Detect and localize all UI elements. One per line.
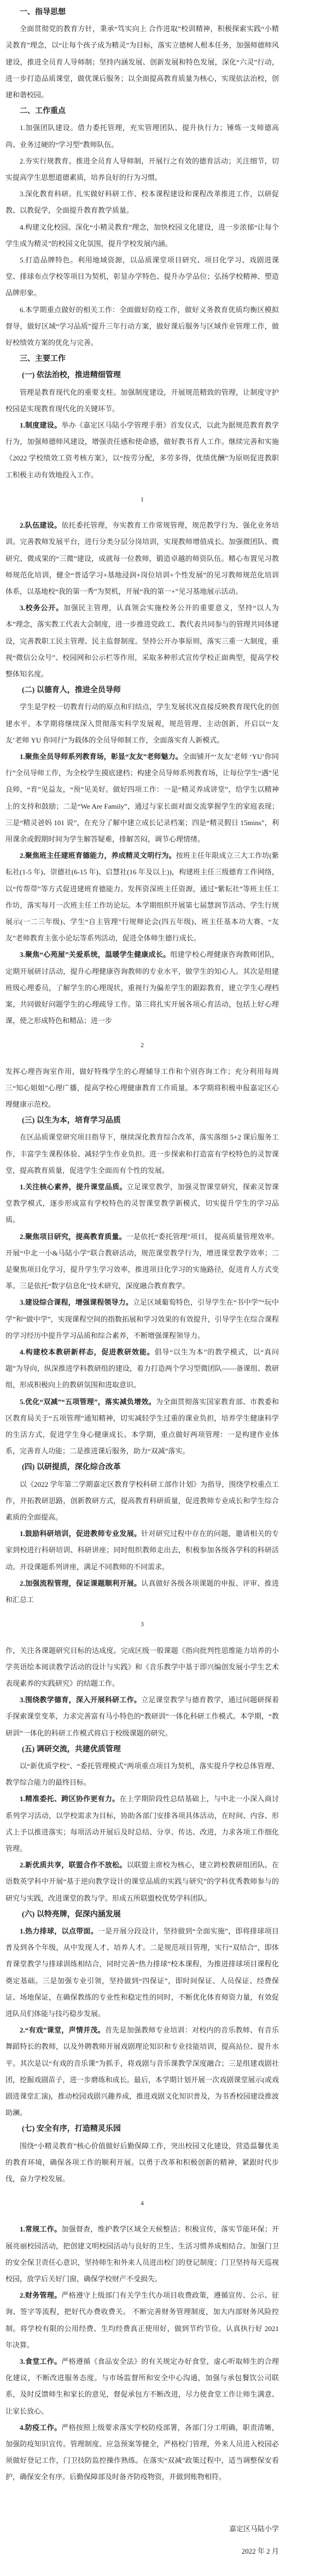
paragraph-lead: 4.构建校本教研新样态，促进教研效能。 — [20, 1348, 155, 1356]
paragraph-text: 一是开展分段设计，坚持做到“全面实施”，即将排球项目普及到各个年级，从中发现人才… — [5, 1927, 279, 2018]
paragraph: 4.构建校本教研新样态，促进教研效能。倡导“以生为本”的教学模式，以“真问题”为… — [5, 1344, 279, 1394]
paragraph-text: 严格遵循《食品安全法》的有关规定办好食堂，虚心听取师生的合理化建议，不断改进服务… — [5, 2357, 279, 2415]
paragraph: 5.优化“双减”“五项管理”，落实减负增效。为全面贯彻落实国家教育部、市教委和区… — [5, 1394, 279, 1460]
paragraph-text: 全面铺开“‘友友’老师 ‘YU’你同行”全员导师工作，为全校学生摸底建档；构建全… — [5, 752, 279, 843]
paragraph: 在区品质课堂研究项目指导下，继续深化教育综合改革，落实落细 5+2 课后服务工作… — [5, 1129, 279, 1179]
paragraph: 2.“有戏”课堂，声情并茂。首先是加强教师专业培训：对校内的音乐教师、有音乐舞蹈… — [5, 2022, 279, 2121]
subsection-heading: (七) 安全有序，打造精灵乐园 — [5, 2121, 279, 2137]
section-heading: 二、工作重点 — [5, 103, 279, 120]
paragraph: 学生是学校一切教育行动的原点和归结点，学生发展状况直接反映教育现代化的创建水平。… — [5, 699, 279, 749]
paragraph-text: 依托委托管理，夯实教育工作常规管理，规范教学行为、强化业务培训。完善教师发展平台… — [5, 521, 279, 595]
paragraph: 1.鼓励科研培训，促进教师专业发展。针对研究过程中存在的问题，邀请相关的专家到校… — [5, 1526, 279, 1575]
paragraph-lead: 1.常规工作。 — [20, 2225, 61, 2233]
paragraph: 2.加强流程管理，保证课题顺利开展。认真做好各级各项课题的申报、评审、推进和汇总… — [5, 1575, 279, 1608]
paragraph: 全面贯彻党的教育方针，秉承“笃实向上 合作进取”校训精神，积极探索实践“小精灵教… — [5, 21, 279, 103]
paragraph-lead: 5.优化“双减”“五项管理”，落实减负增效。 — [20, 1398, 156, 1406]
subsection-heading: (五) 调研交流，共建优质管理 — [5, 1742, 279, 1758]
paragraph-text: 加强督查，维护教学区域全天候整洁；积极宣传，落实节能环保；开展亮丽校园活动，把创… — [5, 2225, 279, 2283]
paragraph: 2.新优质共享，联盟合作不放松。以联盟主席校为核心，建立跨校教研组团队。在语数英… — [5, 1857, 279, 1907]
paragraph-continuation: 发挥心理咨询室作用，做好特殊学生的心理辅导工作和个别咨询工作；充分利用每周三“知… — [5, 1064, 279, 1113]
paragraph-lead: 1.热力排球，以点带面。 — [20, 1927, 98, 1935]
paragraph-lead: 2.新优质共享，联盟合作不放松。 — [20, 1861, 127, 1869]
paragraph: 1.精准委托、跨区协作更有力。在上学期阶段性总结基础上，与中北一小深入商讨系列学… — [5, 1791, 279, 1857]
subsection-heading: (三) 以生为本，培育学习品质 — [5, 1113, 279, 1129]
footer-date: 2022 年 2 月 — [5, 2543, 279, 2560]
paragraph-lead: 1.制度建设。 — [20, 421, 61, 429]
paragraph: 4.构建文化校园。深化“小精灵教育”理念，加快校园文化建设，进一步浓郁“让每个学… — [5, 219, 279, 252]
subsection-heading: (四) 以研提质，深化综合改革 — [5, 1459, 279, 1476]
paragraph-lead: 2.加强流程管理，保证课题顺利开展。 — [20, 1579, 141, 1587]
paragraph-text: 举办《嘉定区马陆小学管理手册》首发仪式，以此为据规范教育教学行为，加强师德师风建… — [5, 421, 279, 479]
paragraph: 管理是教育现代化的重要支柱。加强制度建设，开展规范精致的管理，让制度守护校园是实… — [5, 384, 279, 417]
paragraph: 1.关注核心素养，提升课堂品质。立足课堂教学，加强灵智课堂研究，探索灵智课堂教学… — [5, 1179, 279, 1229]
paragraph-lead: 1.聚焦全员导师系列教育场，彰显“友友”老师魅力。 — [20, 752, 183, 761]
paragraph-text: 严格按照上级要求落实学校防疫部署，各部门分工明确，职责清晰，加强防疫知识宣传。管… — [5, 2423, 279, 2481]
paragraph: 3.食堂工作。严格遵循《食品安全法》的有关规定办好食堂，虚心听取师生的合理化建议… — [5, 2353, 279, 2420]
paragraph-continuation: 作，关注各课题研究目标的达成度。完成区级一般课题《指向批判性思维能力培养的小学英… — [5, 1643, 279, 1692]
page-number: 3 — [5, 1616, 279, 1633]
paragraph-text: 加强民主管理，认真领会实施校务公开的重要意义，坚持“以人为本”理念，落实教工代表… — [5, 604, 279, 678]
paragraph-text: 为全面贯彻落实国家教育部、市教委和区教育局关于“五项管理”通知精神，切实减轻学生… — [5, 1398, 279, 1456]
page-number: 2 — [5, 1037, 279, 1054]
paragraph: 3.聚焦“心苑屋”关爱系统，温暖学生健康成长。组建学校心理健康咨询教师团队，定期… — [5, 947, 279, 1029]
paragraph: 1.聚焦全员导师系列教育场，彰显“友友”老师魅力。全面铺开“‘友友’老师 ‘YU… — [5, 749, 279, 848]
paragraph: 1.热力排球，以点带面。一是开展分段设计，坚持做到“全面实施”，即将排球项目普及… — [5, 1923, 279, 2022]
subsection-heading: (一) 依法治校，推进精细管理 — [5, 367, 279, 384]
page-number: 1 — [5, 492, 279, 508]
paragraph-text: 组建学校心理健康咨询教师团队，定期开展研讨活动，提升心理健康咨询教师的专业水平，… — [5, 950, 279, 1025]
page-number: 4 — [5, 2195, 279, 2212]
paragraph-lead: 3.聚焦“心苑屋”关爱系统，温暖学生健康成长。 — [20, 950, 170, 959]
paragraph-lead: 2.队伍建设。 — [20, 521, 61, 529]
paragraph: 1.加强团队建设。借力委托管理，充实管理团队、提升执行力；锤炼一支师德高尚、业务… — [5, 120, 279, 153]
document-page: 一、指导思想全面贯彻党的教育方针，秉承“笃实向上 合作进取”校训精神，积极探索实… — [5, 0, 279, 2576]
paragraph: 2.财务管理。严格遵守上级部门有关学生代办项目收费政策，遵循宣传、公示、征询、签… — [5, 2287, 279, 2353]
paragraph: 1.常规工作。加强督查，维护教学区域全天候整洁；积极宣传，落实节能环保；开展亮丽… — [5, 2221, 279, 2287]
paragraph-lead: 1.鼓励科研培训，促进教师专业发展。 — [20, 1529, 141, 1538]
paragraph-text: 一是依托“委托管理”项目， 提高质量管理效率。开展“中北一小&马陆小学”联合教研… — [5, 1232, 279, 1290]
paragraph-lead: 3.校务公开。 — [20, 604, 63, 612]
paragraph: 3.校务公开。加强民主管理，认真领会实施校务公开的重要意义，坚持“以人为本”理念… — [5, 600, 279, 682]
paragraph: 5.打造品牌特色。利用地域资源，以品质课堂项目研究、项目化学习、戏剧进课堂、排球… — [5, 252, 279, 302]
paragraph-lead: 1.精准委托、跨区协作更有力。 — [20, 1795, 119, 1803]
section-heading: 一、指导思想 — [5, 4, 279, 21]
section-heading: 三、主要工作 — [5, 351, 279, 367]
paragraph-text: 在上学期阶段性总结基础上，与中北一小深入商讨系列学习活动，以学校需求为目标，协助… — [5, 1795, 279, 1853]
paragraph-lead: 2.“有戏”课堂，声情并茂。 — [20, 2026, 105, 2034]
paragraph-lead: 2.聚焦项目研究，提高教育质量。 — [20, 1232, 126, 1241]
paragraph-lead: 1.关注核心素养，提升课堂品质。 — [20, 1183, 127, 1191]
paragraph: 以“新优质学校”、“委托管理模式”两项重点项目为契机，落实提升学校总体管理、教学… — [5, 1758, 279, 1791]
paragraph: 3.围绕教学德育，深入开展科研工作。立足课堂教学与德育教学，通过问题研探着手探索… — [5, 1692, 279, 1742]
paragraph: 2.聚焦班主任建班育德能力，养成精灵文明行为。按班主任年限成立三大工作坊(紫耘社… — [5, 848, 279, 947]
paragraph-lead: 2.聚焦班主任建班育德能力，养成精灵文明行为。 — [20, 851, 176, 860]
paragraph-lead: 3.围绕教学德育，深入开展科研工作。 — [20, 1696, 141, 1704]
paragraph: 2.聚焦项目研究，提高教育质量。一是依托“委托管理”项目， 提高质量管理效率。开… — [5, 1229, 279, 1295]
paragraph: 1.制度建设。举办《嘉定区马陆小学管理手册》首发仪式，以此为据规范教育教学行为，… — [5, 417, 279, 483]
paragraph: 4.防疫工作。严格按照上级要求落实学校防疫部署，各部门分工明确，职责清晰，加强防… — [5, 2420, 279, 2486]
paragraph-lead: 3.食堂工作。 — [20, 2357, 61, 2365]
paragraph-lead: 3.建设综合课程，增强课程领导力。 — [20, 1298, 133, 1306]
paragraph: 围绕“小精灵教育”核心价值做好后勤保障工作，突出校园文化建设，营造温馨优美的教育… — [5, 2138, 279, 2188]
subsection-heading: (二) 以德育人，推进全员导师 — [5, 682, 279, 699]
footer-school-name: 嘉定区马陆小学 — [5, 2521, 279, 2537]
paragraph: 2.队伍建设。依托委托管理，夯实教育工作常规管理，规范教学行为、强化业务培训。完… — [5, 517, 279, 600]
paragraph: 2.夯实行规教育。推进全员育人导师制，开展行之有效的德育活动；关注细节，切实提高… — [5, 153, 279, 186]
paragraph: 3.深化教育科研。扎实做好科研工作、校本课程建设和课程改革推进工作，以研促教、以… — [5, 186, 279, 219]
paragraph-text: 严格遵守上级部门有关学生代办项目收费政策，遵循宣传、公示、征询、签字等流程，把好… — [5, 2291, 279, 2349]
paragraph-text: 首先是加强教师专业培训：对校内的音乐教师、有音乐舞蹈特长的教师，以及外聘教师开展… — [5, 2026, 279, 2117]
paragraph-lead: 2.财务管理。 — [20, 2291, 61, 2299]
paragraph: 以《2022 学年第二学期嘉定区教育学校科研工部作计划》为指导，围绕学校重点工作… — [5, 1476, 279, 1526]
subsection-heading: (六) 以特亮牌，促深内涵发展 — [5, 1907, 279, 1923]
paragraph: 3.建设综合课程，增强课程领导力。立足区域葡萄特色，引导学生在“书中学”“玩中学… — [5, 1294, 279, 1344]
paragraph-lead: 4.防疫工作。 — [20, 2423, 61, 2432]
paragraph: 6.本学期重点做好的相关工作：全面做好防疫工作，做好义务教育优质均衡区模拟督导，… — [5, 302, 279, 352]
paragraph-text: 按班主任年限成立三大工作坊(紫耘社(1-5 年)、崇德社(6-15 年)、启慧社… — [5, 851, 279, 942]
